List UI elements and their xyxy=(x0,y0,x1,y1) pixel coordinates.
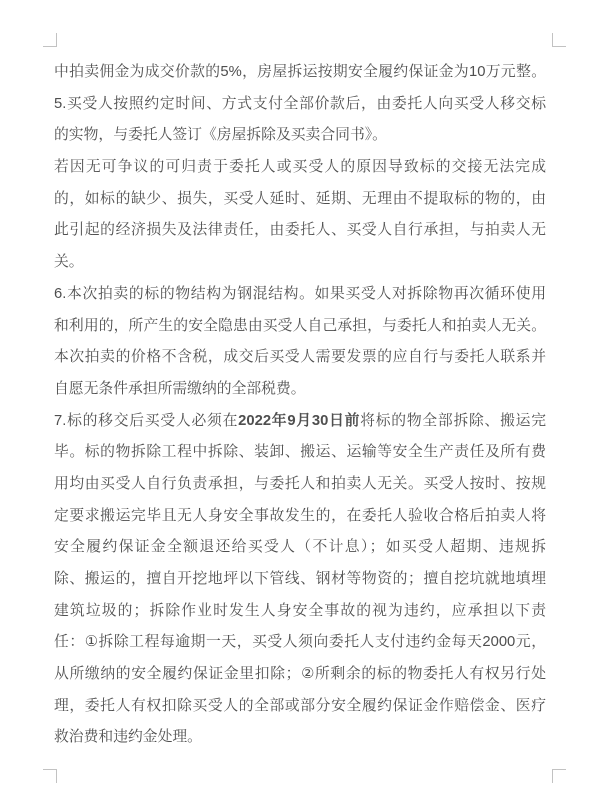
text-line: 建筑垃圾的；拆除作业时发生人身安全事故的视为违约，应承担以下责 xyxy=(54,596,546,628)
text-line: 7.标的移交后买受人必须在2022年9月30日前将标的物全部拆除、搬运完 xyxy=(54,406,546,438)
text-line: 的实物，与委托人签订《房屋拆除及买卖合同书》。 xyxy=(54,120,546,152)
text-line: 自愿无条件承担所需缴纳的全部税费。 xyxy=(54,374,546,406)
text-segment: 中拍卖佣金为成交价款的5%，房屋拆运按期安全履约保证金为10万元整。 xyxy=(54,64,546,80)
text-line: 理，委托人有权扣除买受人的全部或部分安全履约保证金作赔偿金、医疗 xyxy=(54,691,546,723)
deadline-emphasis-text: 2022年9月30日前 xyxy=(238,413,360,429)
text-segment: 关。 xyxy=(54,254,84,270)
text-line: 关。 xyxy=(54,247,546,279)
text-line: 定要求搬运完毕且无人身安全事故发生的，在委托人验收合格后拍卖人将 xyxy=(54,501,546,533)
text-segment: 建筑垃圾的；拆除作业时发生人身安全事故的视为违约，应承担以下责 xyxy=(54,603,546,619)
text-segment: 若因无可争议的可归责于委托人或买受人的原因导致标的交接无法完成 xyxy=(54,159,546,175)
document-page: 中拍卖佣金为成交价款的5%，房屋拆运按期安全履约保证金为10万元整。5.买受人按… xyxy=(0,0,600,812)
text-segment: 从所缴纳的安全履约保证金里扣除；②所剩余的标的物委托人有权另行处 xyxy=(54,666,546,682)
text-line: 本次拍卖的价格不含税，成交后买受人需要发票的应自行与委托人联系并 xyxy=(54,342,546,374)
text-line: 和利用的，所产生的安全隐患由买受人自己承担，与委托人和拍卖人无关。 xyxy=(54,311,546,343)
text-line: 用均由买受人自行负责承担，与委托人和拍卖人无关。买受人按时、按规 xyxy=(54,469,546,501)
text-segment: 5.买受人按照约定时间、方式支付全部价款后，由委托人向买受人移交标 xyxy=(54,96,546,112)
text-segment: 定要求搬运完毕且无人身安全事故发生的，在委托人验收合格后拍卖人将 xyxy=(54,508,546,524)
text-segment: 除、搬运的，擅自开挖地坪以下管线、钢材等物资的；擅自挖坑就地填埋 xyxy=(54,571,546,587)
text-segment: 的，如标的缺少、损失，买受人延时、延期、无理由不提取标的物的，由 xyxy=(54,191,546,207)
text-segment: 用均由买受人自行负责承担，与委托人和拍卖人无关。买受人按时、按规 xyxy=(54,476,546,492)
text-segment: 救治费和违约金处理。 xyxy=(54,729,202,745)
text-line: 此引起的经济损失及法律责任，由委托人、买受人自行承担，与拍卖人无 xyxy=(54,215,546,247)
text-segment: 的实物，与委托人签订《房屋拆除及买卖合同书》。 xyxy=(54,127,387,143)
text-line: 中拍卖佣金为成交价款的5%，房屋拆运按期安全履约保证金为10万元整。 xyxy=(54,57,546,89)
margin-crop-mark-bottom-left xyxy=(43,769,57,783)
document-body: 中拍卖佣金为成交价款的5%，房屋拆运按期安全履约保证金为10万元整。5.买受人按… xyxy=(54,57,546,754)
text-line: 救治费和违约金处理。 xyxy=(54,722,546,754)
text-line: 5.买受人按照约定时间、方式支付全部价款后，由委托人向买受人移交标 xyxy=(54,89,546,121)
text-line: 毕。标的物拆除工程中拆除、装卸、搬运、运输等安全生产责任及所有费 xyxy=(54,437,546,469)
text-segment: 将标的物全部拆除、搬运完 xyxy=(360,413,546,429)
text-segment: 理，委托人有权扣除买受人的全部或部分安全履约保证金作赔偿金、医疗 xyxy=(54,698,546,714)
text-segment: 7.标的移交后买受人必须在 xyxy=(54,413,238,429)
text-segment: 毕。标的物拆除工程中拆除、装卸、搬运、运输等安全生产责任及所有费 xyxy=(54,444,546,460)
margin-crop-mark-top-right xyxy=(552,33,566,47)
text-segment: 6.本次拍卖的标的物结构为钢混结构。如果买受人对拆除物再次循环使用 xyxy=(54,286,546,302)
text-line: 若因无可争议的可归责于委托人或买受人的原因导致标的交接无法完成 xyxy=(54,152,546,184)
text-segment: 任：①拆除工程每逾期一天，买受人须向委托人支付违约金每天2000元， xyxy=(54,634,546,650)
text-segment: 自愿无条件承担所需缴纳的全部税费。 xyxy=(54,381,306,397)
text-segment: 和利用的，所产生的安全隐患由买受人自己承担，与委托人和拍卖人无关。 xyxy=(54,318,546,334)
text-line: 6.本次拍卖的标的物结构为钢混结构。如果买受人对拆除物再次循环使用 xyxy=(54,279,546,311)
text-line: 的，如标的缺少、损失，买受人延时、延期、无理由不提取标的物的，由 xyxy=(54,184,546,216)
text-line: 任：①拆除工程每逾期一天，买受人须向委托人支付违约金每天2000元， xyxy=(54,627,546,659)
text-segment: 安全履约保证金全额退还给买受人（不计息）；如买受人超期、违规拆 xyxy=(54,539,546,555)
text-segment: 本次拍卖的价格不含税，成交后买受人需要发票的应自行与委托人联系并 xyxy=(54,349,546,365)
margin-crop-mark-bottom-right xyxy=(552,769,566,783)
text-segment: 此引起的经济损失及法律责任，由委托人、买受人自行承担，与拍卖人无 xyxy=(54,222,546,238)
text-line: 从所缴纳的安全履约保证金里扣除；②所剩余的标的物委托人有权另行处 xyxy=(54,659,546,691)
text-line: 除、搬运的，擅自开挖地坪以下管线、钢材等物资的；擅自挖坑就地填埋 xyxy=(54,564,546,596)
margin-crop-mark-top-left xyxy=(43,33,57,47)
text-line: 安全履约保证金全额退还给买受人（不计息）；如买受人超期、违规拆 xyxy=(54,532,546,564)
